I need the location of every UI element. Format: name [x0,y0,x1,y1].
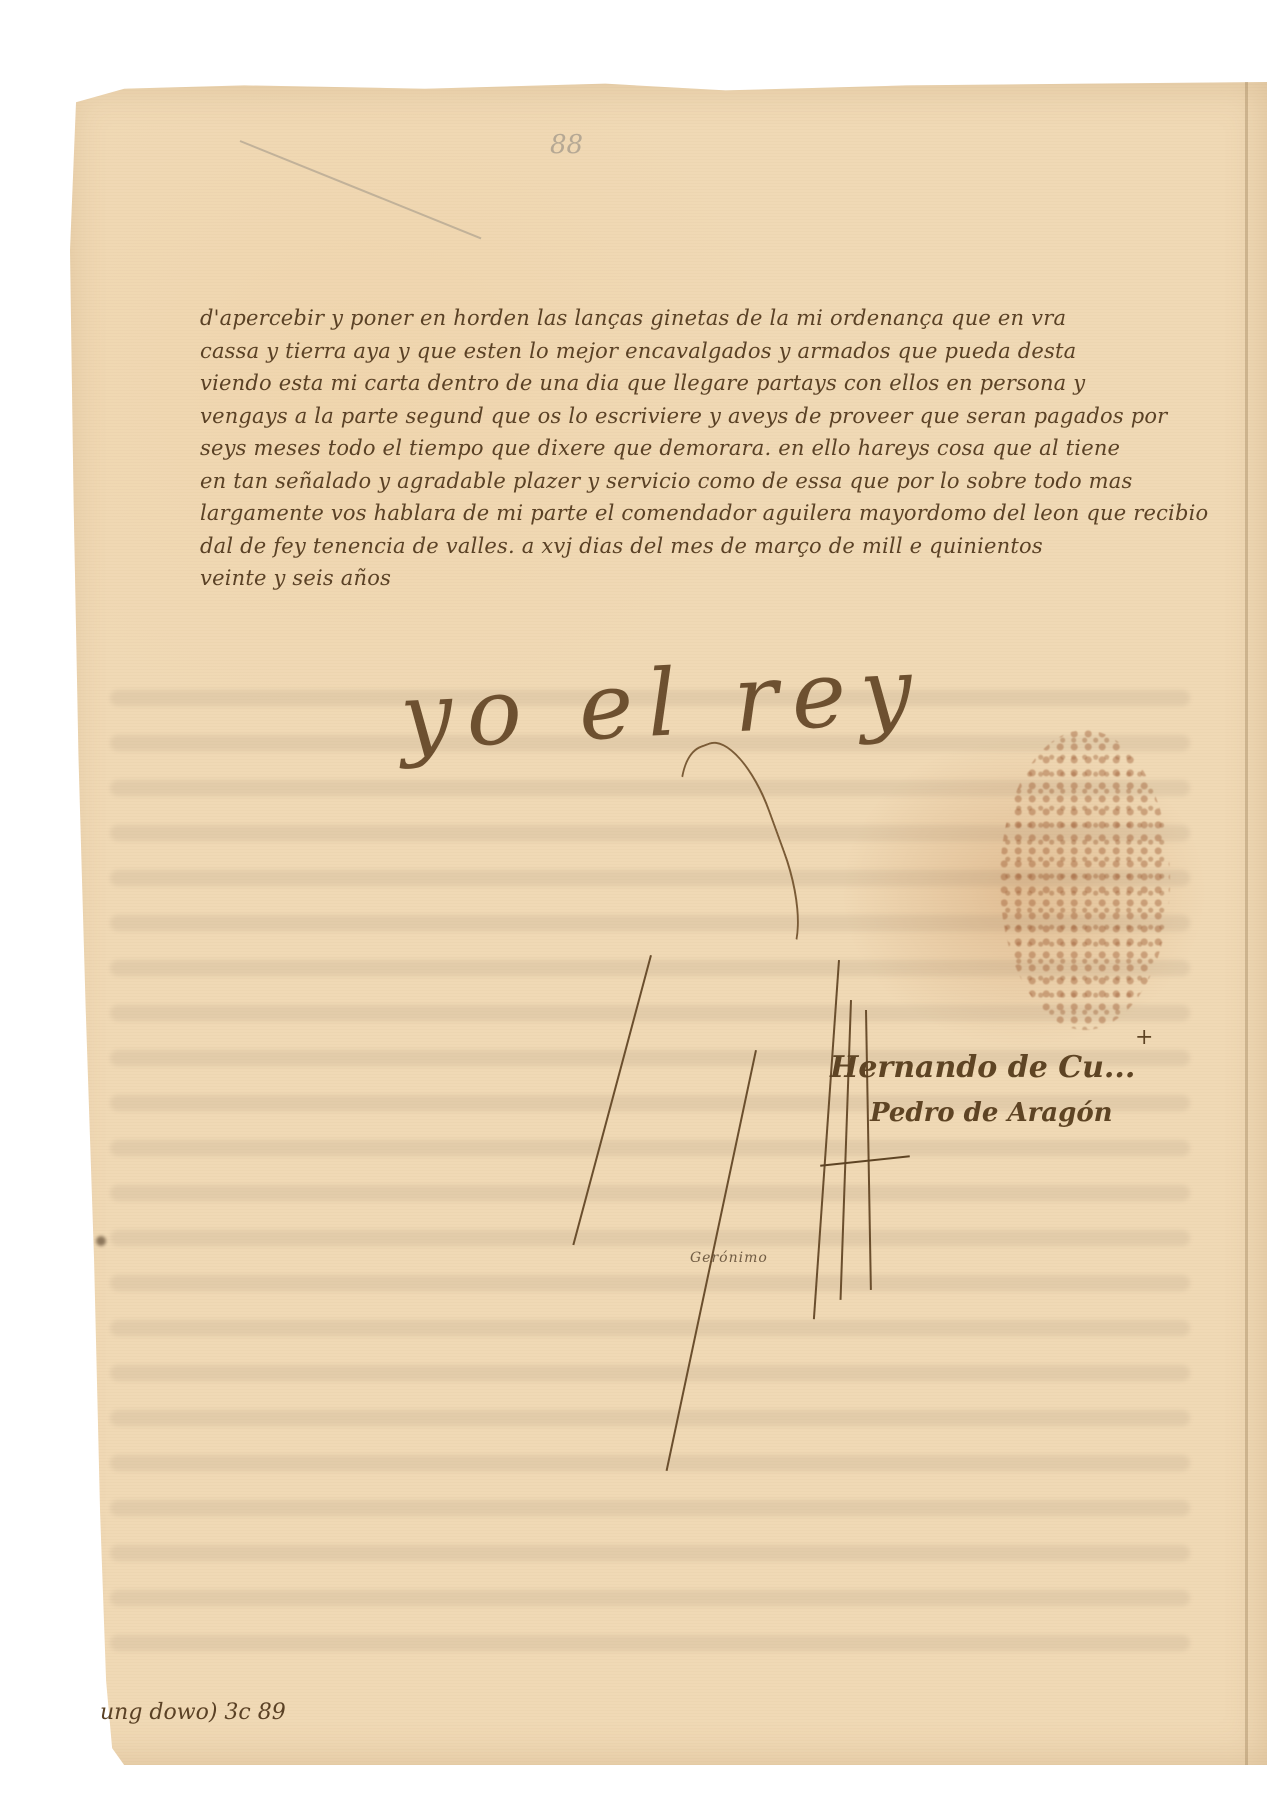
catalog-annotation: ung dowo) 3c 89 [100,1700,286,1725]
bleed-through-text [110,1320,1190,1336]
bleed-through-text [110,1545,1190,1561]
bleed-through-text [110,1455,1190,1471]
page-fold-line [1245,82,1248,1765]
letter-line: vengays a la parte segund que os lo escr… [200,400,1160,433]
bleed-through-text [110,1140,1190,1156]
letter-line: cassa y tierra aya y que esten lo mejor … [200,335,1160,368]
bleed-through-text [110,1185,1190,1201]
cross-mark: + [1135,1025,1153,1050]
letter-line: en tan señalado y agradable plazer y ser… [200,465,1160,498]
letter-body: d'apercebir y poner en horden las lanças… [200,302,1160,595]
archive-stamp: Gerónimo [690,1250,768,1266]
letter-line: dal de fey tenencia de valles. a xvj dia… [200,530,1160,563]
bleed-through-text [110,1230,1190,1246]
bleed-through-text [110,1635,1190,1651]
bleed-through-text [110,1005,1190,1021]
secretary-signature-1: Hernando de Cu... [830,1050,1135,1085]
letter-line: seys meses todo el tiempo que dixere que… [200,432,1160,465]
pencil-folio-number: 88 [550,130,583,160]
bleed-through-text [110,1365,1190,1381]
foxing-stain [1000,730,1170,1030]
secretary-signature-2: Pedro de Aragón [870,1098,1113,1128]
bleed-through-text [110,1275,1190,1291]
letter-line: veinte y seis años [200,562,1160,595]
letter-line: d'apercebir y poner en horden las lanças… [200,302,1160,335]
bleed-through-text [110,1590,1190,1606]
ink-blot [96,1236,106,1246]
letter-line: largamente vos hablara de mi parte el co… [200,497,1160,530]
bleed-through-text [110,1410,1190,1426]
bleed-through-text [110,1500,1190,1516]
letter-line: viendo esta mi carta dentro de una dia q… [200,367,1160,400]
